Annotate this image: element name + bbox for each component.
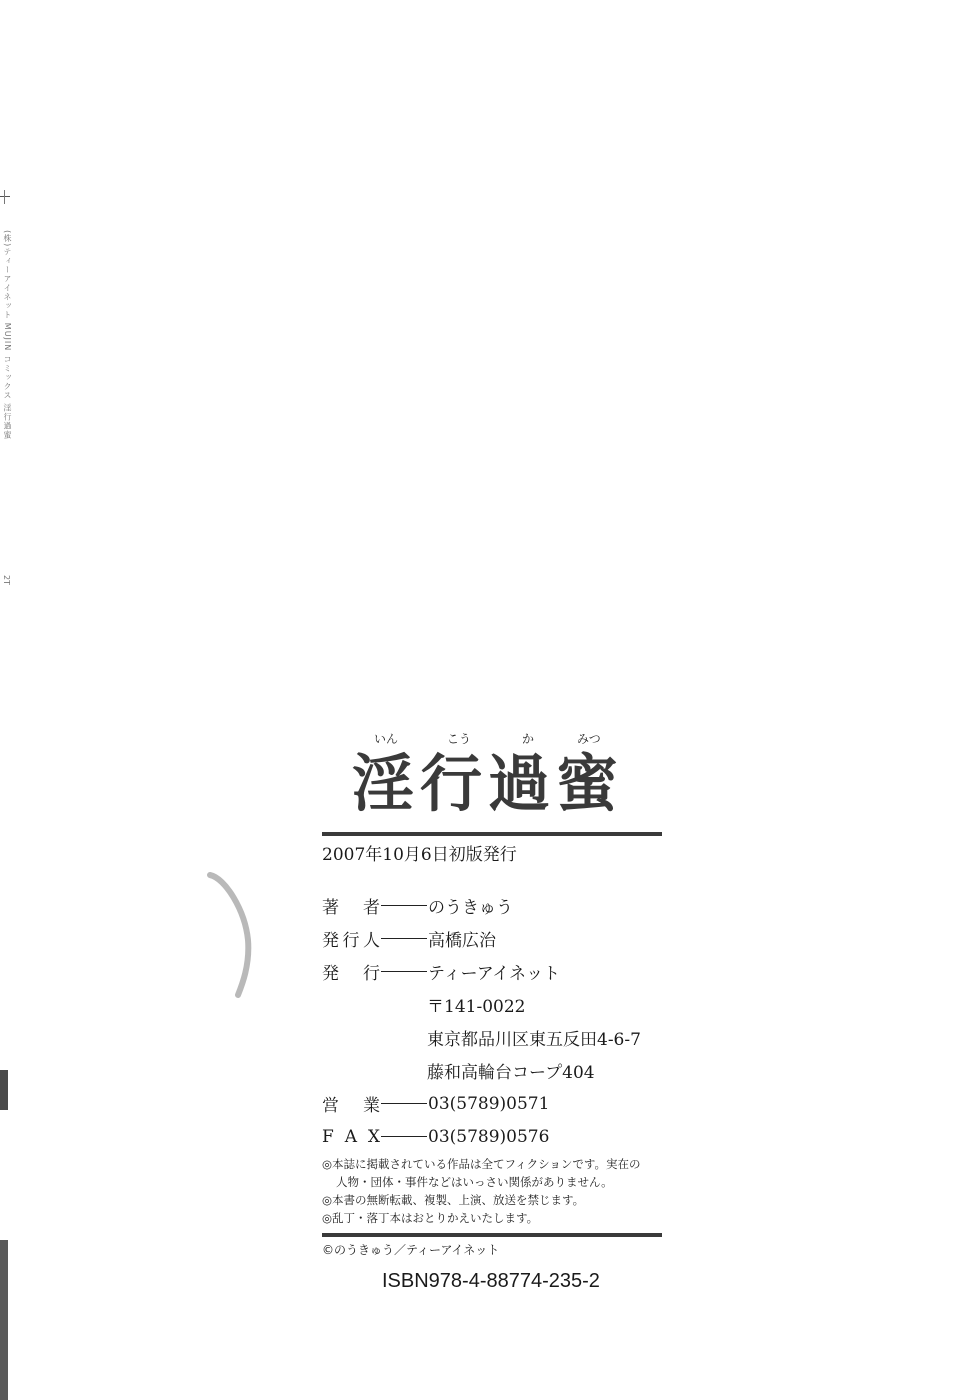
ruby-2: こう	[447, 730, 471, 747]
note-defects: ◎乱丁・落丁本はおとりかえいたします。	[322, 1209, 667, 1227]
scan-edge-mark	[0, 1240, 8, 1400]
title-ruby: いん こう か みつ	[322, 730, 667, 752]
address-line-1: 東京都品川区東五反田4-6-7	[322, 1021, 667, 1054]
copyright-line: ©のうきゅう／ティーアイネット	[322, 1241, 667, 1258]
legal-notes: ◎本誌に掲載されている作品は全てフィクションです。実在の 人物・団体・事件などは…	[322, 1155, 667, 1227]
ruby-1: いん	[374, 730, 398, 747]
dash	[381, 1136, 427, 1137]
credit-label: 発 行	[322, 959, 380, 984]
contact-fax: F A X 03(5789)0576	[322, 1120, 667, 1153]
divider	[322, 1233, 662, 1237]
spine-publisher-text: (株)ティーアイネット MUJIN コミックス 淫行過蜜	[2, 230, 12, 439]
book-title: 淫行過蜜	[352, 748, 667, 820]
postal-code: 〒141-0022	[322, 988, 667, 1021]
contact-sales: 営 業 03(5789)0571	[322, 1087, 667, 1120]
scan-edge-mark	[0, 1070, 8, 1110]
phone-number: 03(5789)0571	[428, 1094, 549, 1114]
credit-value: ティーアイネット	[428, 959, 560, 984]
credit-value: のうきゅう	[428, 893, 513, 918]
edge-tick	[0, 196, 10, 197]
credit-value: 高橋広治	[428, 926, 496, 951]
note-fiction: ◎本誌に掲載されている作品は全てフィクションです。実在の	[322, 1155, 667, 1173]
credit-label: F A X	[322, 1127, 380, 1147]
dash	[381, 938, 427, 939]
spine-number: 2T	[2, 575, 11, 585]
dash	[381, 905, 427, 906]
scan-smudge	[200, 870, 270, 1000]
note-fiction-cont: 人物・団体・事件などはいっさい関係がありません。	[322, 1173, 667, 1191]
ruby-3: か	[522, 730, 534, 747]
credit-publisher: 発 行 ティーアイネット	[322, 955, 667, 988]
divider	[322, 832, 662, 836]
dash	[381, 971, 427, 972]
isbn: ISBN978-4-88774-235-2	[322, 1270, 667, 1293]
fax-number: 03(5789)0576	[428, 1127, 549, 1147]
credit-issuer: 発 行 人 高橋広治	[322, 922, 667, 955]
credits: 著 者 のうきゅう 発 行 人 高橋広治 発 行 ティーアイネット 〒141-0…	[322, 889, 667, 1153]
note-copyright: ◎本書の無断転載、複製、上演、放送を禁じます。	[322, 1191, 667, 1209]
dash	[381, 1103, 427, 1104]
address-line-2: 藤和高輪台コープ404	[322, 1054, 667, 1087]
edition-date: 2007年10月6日初版発行	[322, 840, 667, 865]
credit-label: 営 業	[322, 1091, 380, 1116]
ruby-4: みつ	[577, 730, 601, 747]
credit-label: 著 者	[322, 893, 380, 918]
credit-author: 著 者 のうきゅう	[322, 889, 667, 922]
edge-tick-vertical	[4, 190, 5, 204]
credit-label: 発 行 人	[322, 926, 380, 951]
colophon: いん こう か みつ 淫行過蜜 2007年10月6日初版発行 著 者 のうきゅう…	[322, 730, 667, 1293]
